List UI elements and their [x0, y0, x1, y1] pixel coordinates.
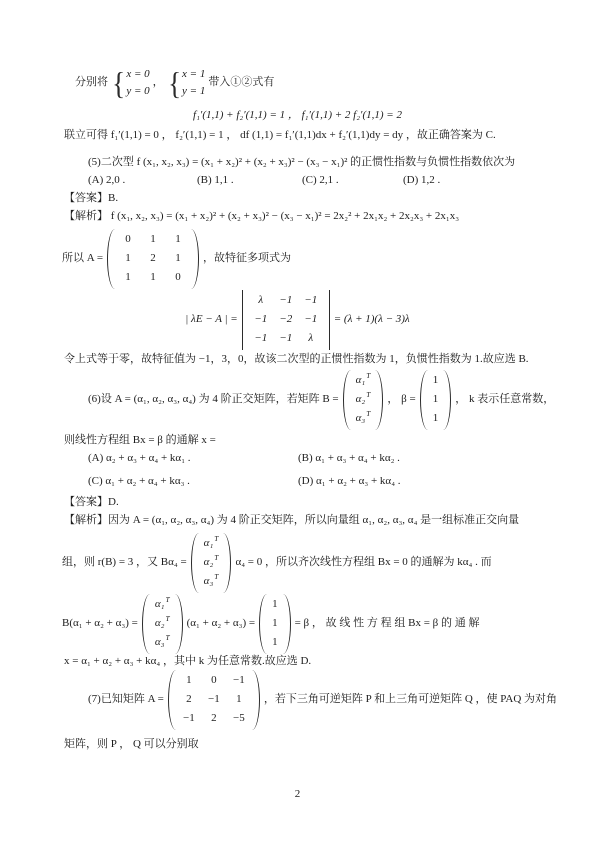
- right-paren: [252, 670, 260, 730]
- transpose-sup: T: [165, 633, 169, 642]
- transpose-sup: T: [165, 614, 169, 623]
- matrix-cell: −1: [304, 312, 317, 328]
- answer-label: 【答案】B.: [64, 192, 118, 204]
- line3-mid: (α₁ + α₂ + α₃) =: [187, 616, 255, 632]
- right-paren: [191, 229, 199, 289]
- system-2: { x = 1 y = 1: [167, 67, 206, 100]
- matrix-cell: α₂T: [356, 392, 371, 408]
- matrix-a-cells: 0 1 1 1 2 1 1 1 0: [115, 229, 191, 289]
- stem-prefix: (7)已知矩阵 A =: [88, 692, 164, 708]
- matrix-cell: 1: [125, 251, 131, 267]
- question-7-stem: (7)已知矩阵 A = 1 0 −1 2 −1 1 −1 2 −5 ，若下三角可…: [88, 669, 557, 731]
- matrix-b-cells: α₁T α₂T α₃T: [150, 594, 175, 654]
- matrix-cell: 1: [125, 270, 131, 286]
- question-text: 则线性方程组 Bx = β 的通解 x =: [64, 434, 216, 446]
- answer-q6: 【答案】D.: [64, 495, 119, 511]
- transpose-sup: T: [366, 409, 370, 418]
- left-paren: [107, 229, 115, 289]
- analysis-text: 【解析】因为 A = (α₁, α₂, α₃, α₄) 为 4 阶正交矩阵，所以…: [64, 514, 519, 526]
- matrix-b: α₁T α₂T α₃T: [142, 594, 183, 654]
- matrix-cell: −1: [304, 293, 317, 309]
- line3-prefix: B(α₁ + α₂ + α₃) =: [62, 616, 138, 632]
- answer-q5: 【答案】B.: [64, 191, 118, 207]
- matrix-cell: 1: [433, 411, 439, 427]
- matrix-cell: 1: [433, 373, 439, 389]
- matrix-cell: 2: [186, 692, 192, 708]
- analysis-q6-line2: 组，则 r(B) = 3 ，又 Bα₄ = α₁T α₂T α₃T α₄ = 0…: [62, 533, 492, 593]
- matrix-cell: −5: [233, 711, 245, 727]
- matrix-b: α₁T α₂T α₃T: [191, 533, 232, 593]
- option-c: (C) α₁ + α₂ + α₄ + kα₃ .: [88, 474, 190, 490]
- matrix-cell: −1: [254, 312, 267, 328]
- question-text: (5)二次型 f (x₁, x₂, x₃) = (x₁ + x₂)² + (x₂…: [88, 156, 515, 168]
- answer-label: 【答案】D.: [64, 496, 119, 508]
- equation: y = 0: [126, 84, 149, 100]
- matrix-b-cells: α₁T α₂T α₃T: [199, 533, 224, 593]
- matrix-cell: −1: [208, 692, 220, 708]
- question-6-stem: (6)设 A = (α₁, α₂, α₃, α₄) 为 4 阶正交矩阵，若矩阵 …: [88, 371, 554, 429]
- matrix-cell: 1: [433, 392, 439, 408]
- matrix-cell: λ: [308, 331, 313, 347]
- option-d: (D) 1,2 .: [403, 173, 440, 189]
- matrix-cell: −1: [279, 293, 292, 309]
- question-text: 矩阵，则 P ， Q 可以分别取: [64, 738, 199, 750]
- option-a: (A) α₂ + α₃ + α₄ + kα₁ .: [88, 451, 191, 467]
- option-a: (A) 2,0 .: [88, 173, 125, 189]
- transpose-sup: T: [366, 390, 370, 399]
- matrix-cell: λ: [258, 293, 263, 309]
- equation: x = 1: [182, 67, 205, 83]
- system-1: { x = 0 y = 0: [111, 67, 150, 100]
- beta-vector: 1 1 1: [259, 594, 291, 654]
- matrix-cell: α₁T: [356, 373, 371, 389]
- matrix-cell: 1: [272, 635, 278, 651]
- beta-vector: 1 1 1: [420, 370, 452, 430]
- conclusion-q5: 令上式等于零，故特征值为 −1，3，0，故该二次型的正惯性指数为 1，负惯性指数…: [64, 352, 529, 368]
- matrix-b-cells: α₁T α₂T α₃T: [351, 370, 376, 430]
- question-6-options-row2: (C) α₁ + α₂ + α₄ + kα₃ . (D) α₁ + α₂ + α…: [0, 474, 595, 490]
- matrix-cell: −2: [279, 312, 292, 328]
- equation: y = 1: [182, 84, 205, 100]
- det-bar-right: [324, 290, 330, 350]
- beta-cells: 1 1 1: [267, 594, 283, 654]
- question-5-stem: (5)二次型 f (x₁, x₂, x₃) = (x₁ + x₂)² + (x₂…: [88, 155, 515, 171]
- matrix-cell: 1: [186, 673, 192, 689]
- option-c: (C) 2,1 .: [302, 173, 339, 189]
- left-paren: [191, 533, 199, 593]
- matrix-b: α₁T α₂T α₃T: [343, 370, 384, 430]
- conclusion-q6: x = α₁ + α₂ + α₃ + kα₄ ，其中 k 为任意常数.故应选 D…: [64, 654, 311, 670]
- matrix-cell: α₃T: [204, 574, 219, 590]
- substitution-suffix: 带入①②式有: [208, 75, 274, 91]
- matrix-cell: α₂T: [204, 555, 219, 571]
- derivative-equations: f₁′(1,1) + f₂′(1,1) = 1 ， f₁′(1,1) + 2 f…: [0, 108, 595, 124]
- left-paren: [142, 594, 150, 654]
- stem-suffix: ，若下三角可逆矩阵 P 和上三角可逆矩阵 Q ，使 PAQ 为对角: [264, 692, 557, 708]
- formula: f₁′(1,1) + f₂′(1,1) = 1 ， f₁′(1,1) + 2 f…: [193, 108, 402, 124]
- matrix-cell: −1: [233, 673, 245, 689]
- matrix-cell: 1: [150, 232, 156, 248]
- conclusion-text: x = α₁ + α₂ + α₃ + kα₄ ，其中 k 为任意常数.故应选 D…: [64, 655, 311, 667]
- transpose-sup: T: [214, 572, 218, 581]
- line2-suffix: α₄ = 0 ，所以齐次线性方程组 Bx = 0 的通解为 kα₄ . 而: [235, 555, 491, 571]
- line3-suffix: = β ， 故 线 性 方 程 组 Bx = β 的 通 解: [295, 616, 480, 632]
- matrix-cell: 1: [272, 597, 278, 613]
- stem-prefix: (6)设 A = (α₁, α₂, α₃, α₄) 为 4 阶正交矩阵，若矩阵 …: [88, 392, 339, 408]
- analysis-q5: 【解析】 f (x₁, x₂, x₃) = (x₁ + x₂)² + (x₂ +…: [64, 209, 459, 225]
- analysis-q6-line3: B(α₁ + α₂ + α₃) = α₁T α₂T α₃T (α₁ + α₂ +…: [62, 595, 480, 653]
- formula-text: 联立可得 f₁′(1,1) = 0 ， f₂′(1,1) = 1 ， df (1…: [64, 129, 496, 141]
- matrix-a7: 1 0 −1 2 −1 1 −1 2 −5: [168, 670, 260, 730]
- option-d: (D) α₁ + α₂ + α₃ + kα₄ .: [298, 474, 401, 490]
- determinant-lhs: | λE − A | =: [185, 312, 237, 328]
- right-paren: [175, 594, 183, 654]
- matrix-cell: α₁T: [155, 597, 170, 613]
- matrix-cell: −1: [279, 331, 292, 347]
- analysis-q6: 【解析】因为 A = (α₁, α₂, α₃, α₄) 为 4 阶正交矩阵，所以…: [64, 513, 519, 529]
- transpose-sup: T: [214, 534, 218, 543]
- substitution-prefix: 分别将: [75, 75, 108, 91]
- matrix-a-suffix: ，故特征多项式为: [203, 251, 291, 267]
- substitution-line: 分别将 { x = 0 y = 0 ， { x = 1 y = 1 带入①②式有: [75, 62, 274, 104]
- page-number: 2: [0, 787, 595, 803]
- matrix-cell: 1: [272, 616, 278, 632]
- left-brace: {: [112, 69, 125, 98]
- right-paren: [375, 370, 383, 430]
- document-page: 分别将 { x = 0 y = 0 ， { x = 1 y = 1 带入①②式有…: [0, 0, 595, 841]
- matrix-cell: −1: [183, 711, 195, 727]
- matrix-cell: 1: [175, 232, 181, 248]
- determinant-matrix: λ −1 −1 −1 −2 −1 −1 −1 λ: [242, 290, 330, 350]
- stem-mid: ， β =: [387, 392, 415, 408]
- question-7-line2: 矩阵，则 P ， Q 可以分别取: [64, 737, 199, 753]
- matrix-a-line: 所以 A = 0 1 1 1 2 1 1 1 0 ，故特征多项式为: [62, 229, 291, 289]
- transpose-sup: T: [165, 595, 169, 604]
- conclusion-text: 令上式等于零，故特征值为 −1，3，0，故该二次型的正惯性指数为 1，负惯性指数…: [64, 353, 529, 365]
- right-paren: [223, 533, 231, 593]
- option-b: (B) 1,1 .: [197, 173, 234, 189]
- separator-comma: ，: [153, 75, 164, 91]
- left-paren: [343, 370, 351, 430]
- matrix-cell: α₁T: [204, 536, 219, 552]
- matrix-cell: 2: [211, 711, 217, 727]
- question-5-options: (A) 2,0 . (B) 1,1 . (C) 2,1 . (D) 1,2 .: [0, 173, 595, 189]
- left-brace: {: [168, 69, 181, 98]
- determinant-cells: λ −1 −1 −1 −2 −1 −1 −1 λ: [248, 290, 324, 350]
- conclusion-q4: 联立可得 f₁′(1,1) = 0 ， f₂′(1,1) = 1 ， df (1…: [64, 128, 496, 144]
- matrix-cell: 1: [175, 251, 181, 267]
- left-paren: [420, 370, 428, 430]
- line2-prefix: 组，则 r(B) = 3 ，又 Bα₄ =: [62, 555, 187, 571]
- stem-suffix: ， k 表示任意常数，: [455, 392, 554, 408]
- matrix-cell: α₃T: [356, 411, 371, 427]
- question-6-options-row1: (A) α₂ + α₃ + α₄ + kα₁ . (B) α₁ + α₃ + α…: [0, 451, 595, 467]
- determinant-rhs: = (λ + 1)(λ − 3)λ: [334, 312, 410, 328]
- matrix-cell: 0: [175, 270, 181, 286]
- matrix-cell: 0: [125, 232, 131, 248]
- matrix-a-prefix: 所以 A =: [62, 251, 103, 267]
- matrix-cell: 2: [150, 251, 156, 267]
- matrix-cell: 1: [236, 692, 242, 708]
- determinant-line: | λE − A | = λ −1 −1 −1 −2 −1 −1 −1 λ = …: [0, 291, 595, 349]
- matrix-cell: α₂T: [155, 616, 170, 632]
- transpose-sup: T: [214, 553, 218, 562]
- matrix-cell: 0: [211, 673, 217, 689]
- matrix-a: 0 1 1 1 2 1 1 1 0: [107, 229, 199, 289]
- transpose-sup: T: [366, 371, 370, 380]
- system-1-rows: x = 0 y = 0: [126, 67, 149, 100]
- equation: x = 0: [126, 67, 149, 83]
- left-paren: [168, 670, 176, 730]
- matrix-cell: −1: [254, 331, 267, 347]
- option-b: (B) α₁ + α₃ + α₄ + kα₂ .: [298, 451, 400, 467]
- question-6-stem2: 则线性方程组 Bx = β 的通解 x =: [64, 433, 216, 449]
- matrix-cell: α₃T: [155, 635, 170, 651]
- right-paren: [443, 370, 451, 430]
- system-2-rows: x = 1 y = 1: [182, 67, 205, 100]
- beta-cells: 1 1 1: [428, 370, 444, 430]
- right-paren: [283, 594, 291, 654]
- matrix-a7-cells: 1 0 −1 2 −1 1 −1 2 −5: [176, 670, 252, 730]
- left-paren: [259, 594, 267, 654]
- analysis-text: 【解析】 f (x₁, x₂, x₃) = (x₁ + x₂)² + (x₂ +…: [64, 210, 459, 222]
- matrix-cell: 1: [150, 270, 156, 286]
